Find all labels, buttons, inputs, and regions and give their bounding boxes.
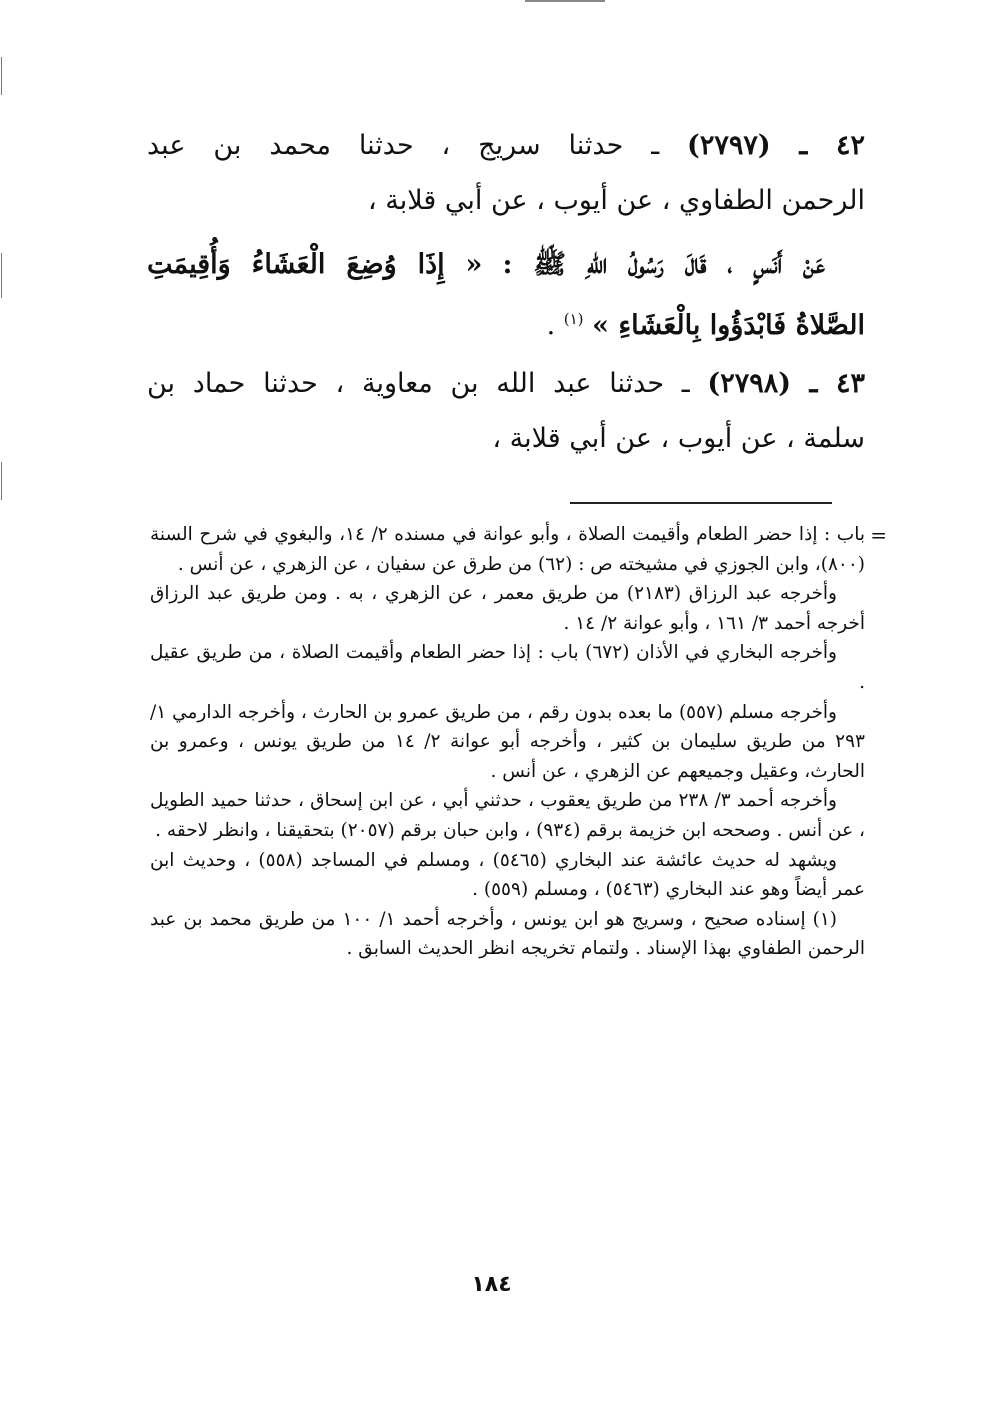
hadith-number: ٤٣ ـ (٢٧٩٨): [707, 368, 865, 399]
matn-intro: عَنْ أَنَسٍ ، قَالَ رَسُولُ اللهِ ﷺ :: [503, 249, 825, 280]
scan-artifact-left: [1, 57, 2, 95]
hadith-number: ٤٢ ـ (٢٧٩٧): [687, 130, 865, 161]
footnotes: باب : إذا حضر الطعام وأقيمت الصلاة ، وأب…: [150, 520, 865, 964]
isnad-text: الرحمن الطفاوي ، عن أيوب ، عن أبي قلابة …: [147, 173, 865, 228]
isnad-text: سلمة ، عن أيوب ، عن أبي قلابة ،: [147, 411, 865, 466]
sentence-end: .: [547, 310, 556, 341]
footnote-paragraph: وأخرجه البخاري في الأذان (٦٧٢) باب : إذا…: [150, 638, 865, 697]
footnote-paragraph: وأخرجه أحمد ٣/ ٢٣٨ من طريق يعقوب ، حدثني…: [150, 786, 865, 845]
footnote-paragraph: ويشهد له حديث عائشة عند البخاري (٥٤٦٥) ،…: [150, 846, 865, 905]
scan-artifact-left: [1, 253, 2, 298]
book-page: ٤٢ ـ (٢٧٩٧) ـ حدثنا سريج ، حدثنا محمد بن…: [0, 0, 983, 1410]
footnote-paragraph: وأخرجه مسلم (٥٥٧) ما بعده بدون رقم ، من …: [150, 698, 865, 787]
hadith-42-matn: عَنْ أَنَسٍ ، قَالَ رَسُولُ اللهِ ﷺ : « …: [147, 237, 865, 353]
isnad-text: ـ حدثنا عبد الله بن معاوية ، حدثنا حماد …: [147, 368, 690, 399]
isnad-text: ـ حدثنا سريج ، حدثنا محمد بن عبد: [147, 130, 659, 161]
continuation-mark: =: [870, 523, 887, 547]
footnote-reference[interactable]: (١): [564, 310, 584, 328]
scan-artifact-top: [525, 0, 605, 2]
scan-artifact-left: [1, 462, 2, 500]
hadith-43-isnad: ٤٣ ـ (٢٧٩٨) ـ حدثنا عبد الله بن معاوية ،…: [147, 356, 865, 466]
footnote-paragraph: باب : إذا حضر الطعام وأقيمت الصلاة ، وأب…: [150, 520, 865, 579]
matn-quote: الصَّلاةُ فَابْدَؤُوا بِالْعَشَاءِ »: [592, 310, 865, 341]
footnote-separator: [570, 502, 832, 504]
matn-quote: « إِذَا وُضِعَ الْعَشَاءُ وَأُقِيمَتِ: [147, 249, 482, 280]
hadith-42-isnad: ٤٢ ـ (٢٧٩٧) ـ حدثنا سريج ، حدثنا محمد بن…: [147, 118, 865, 228]
footnote-paragraph: وأخرجه عبد الرزاق (٢١٨٣) من طريق معمر ، …: [150, 579, 865, 638]
footnote-1: (١) إسناده صحيح ، وسريج هو ابن يونس ، وأ…: [150, 905, 865, 964]
page-number: ١٨٤: [0, 1272, 983, 1297]
